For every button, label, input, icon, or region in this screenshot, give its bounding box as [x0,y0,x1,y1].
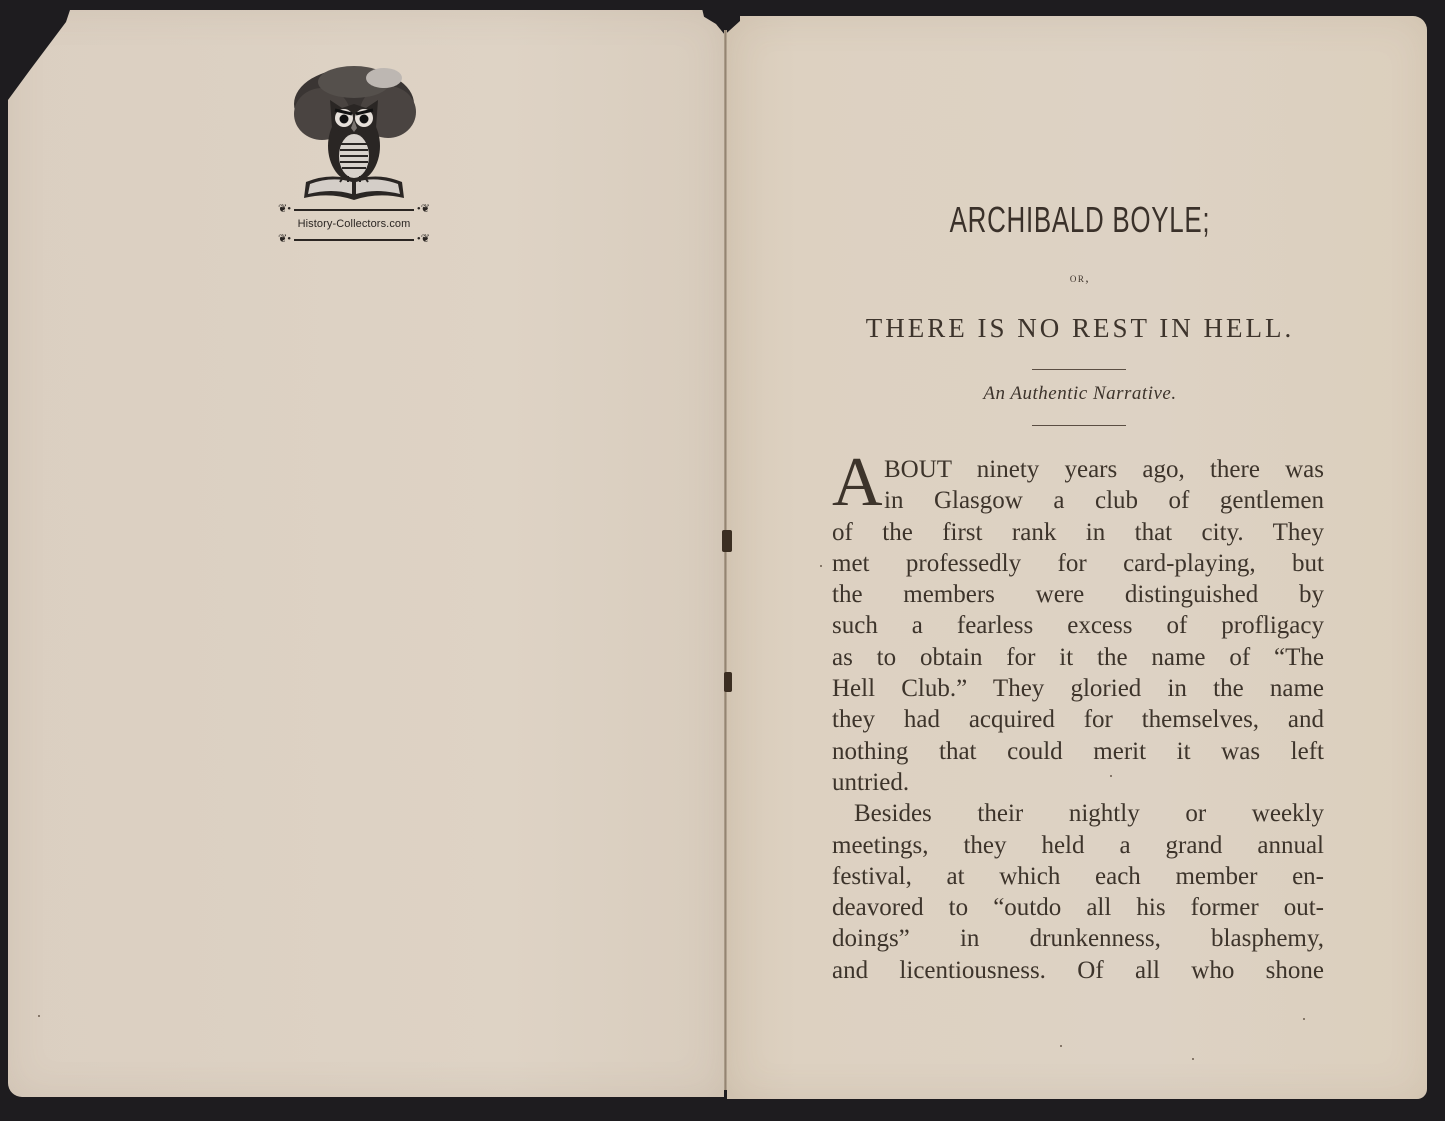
drop-cap: A [832,452,883,514]
ornament-icon: •❦ [417,232,430,246]
book-spread: ❦• •❦ History-Collectors.com ❦• •❦ ARCHI… [0,0,1445,1121]
text-line: and licentiousness. Of all who shone [832,955,1324,986]
text-line: meetings, they held a grand annual [832,830,1324,861]
history-collectors-logo: ❦• •❦ History-Collectors.com ❦• •❦ [274,60,434,246]
text-line: festival, at which each member en- [832,861,1324,892]
title-or: OR, [830,268,1330,288]
text-line: Besides their nightly or weekly [832,798,1324,829]
text-line: met professedly for card-playing, but [832,548,1324,579]
text-line: the members were distinguished by [832,579,1324,610]
text-line: they had acquired for themselves, and [832,704,1324,735]
text-line: deavored to “outdo all his former out- [832,892,1324,923]
logo-divider-bottom: ❦• •❦ [278,236,430,244]
text-line: such a fearless excess of profligacy [832,610,1324,641]
ornament-icon: ❦• [278,202,291,216]
text-line: doings” in drunkenness, blasphemy, [832,923,1324,954]
text-line: Hell Club.” They gloried in the name [832,673,1324,704]
text-line: untried. [832,767,1324,798]
title-rule-bottom [1032,425,1126,426]
text-line: as to obtain for it the name of “The [832,642,1324,673]
text-line: nothing that could merit it was left [832,736,1324,767]
owl-on-book-icon [292,64,416,204]
text-line: of the first rank in that city. They [832,517,1324,548]
logo-text: History-Collectors.com [274,218,434,230]
page-gutter [724,30,727,1090]
gutter-tear-lower [724,672,732,692]
book-tagline: An Authentic Narrative. [830,380,1330,408]
book-subtitle: THERE IS NO REST IN HELL. [830,310,1330,346]
text-line: in Glasgow a club of gentlemen [832,485,1324,516]
logo-divider-top: ❦• •❦ [278,206,430,214]
title-rule-top [1032,369,1126,370]
ornament-icon: ❦• [278,232,291,246]
narrative-body: A BOUT ninety years ago, there was in Gl… [832,454,1324,986]
book-title: ARCHIBALD BOYLE; [900,196,1260,244]
ornament-icon: •❦ [417,202,430,216]
gutter-tear-upper [722,530,732,552]
text-line: BOUT ninety years ago, there was [832,454,1324,485]
